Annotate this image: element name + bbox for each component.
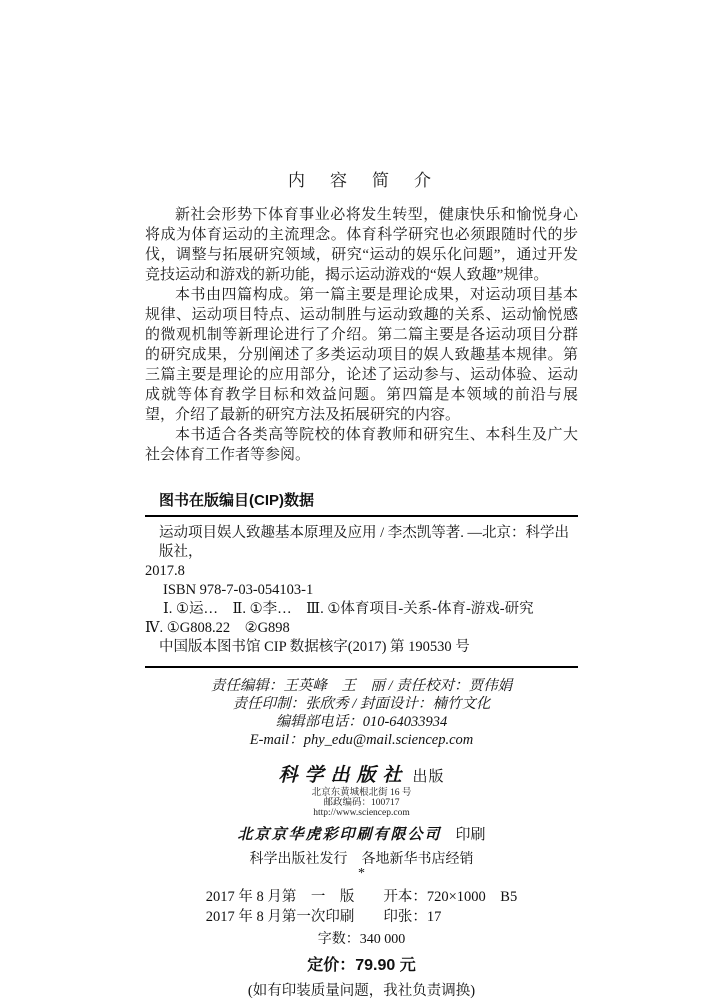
credits-phone-line: 编辑部电话：010-64033934 xyxy=(145,713,578,731)
edition-line: 2017 年 8 月第 一 版 开本：720×1000 B5 xyxy=(206,887,517,907)
publisher-section: 科学出版社 出版 北京东黄城根北街 16 号 邮政编码：100717 http:… xyxy=(145,765,578,880)
cip-title-line: 运动项目娱人致趣基本原理及应用 / 李杰凯等著. —北京：科学出版社， xyxy=(145,524,578,562)
credits-editor-line: 责任编辑：王英峰 王 丽 / 责任校对：贾伟娟 xyxy=(145,677,578,695)
intro-paragraph: 本书由四篇构成。第一篇主要是理论成果，对运动项目基本规律、运动项目特点、运动制胜… xyxy=(145,285,578,425)
printer-name: 北京京华虎彩印刷有限公司 xyxy=(237,827,441,843)
cip-year-line: 2017.8 xyxy=(145,562,578,581)
press-line: 科学出版社 出版 xyxy=(145,765,578,788)
press-address: 北京东黄城根北街 16 号 xyxy=(145,788,578,798)
intro-paragraph: 本书适合各类高等院校的体育教师和研究生、本科生及广大社会体育工作者等参阅。 xyxy=(145,425,578,465)
cip-body: 运动项目娱人致趣基本原理及应用 / 李杰凯等著. —北京：科学出版社， 2017… xyxy=(145,517,578,666)
quality-notice: (如有印装质量问题，我社负责调换) xyxy=(145,979,578,1000)
cip-section: 图书在版编目(CIP)数据 运动项目娱人致趣基本原理及应用 / 李杰凯等著. —… xyxy=(145,489,578,668)
press-role-label: 出版 xyxy=(413,769,445,785)
book-copyright-page: 内 容 简 介 新社会形势下体育事业必将发生转型，健康快乐和愉悦身心将成为体育运… xyxy=(0,0,720,1000)
cip-header: 图书在版编目(CIP)数据 xyxy=(145,489,578,515)
credits-section: 责任编辑：王英峰 王 丽 / 责任校对：贾伟娟 责任印制：张欣秀 / 封面设计：… xyxy=(145,677,578,749)
printer-role-label: 印刷 xyxy=(446,827,486,843)
edition-block: 2017 年 8 月第 一 版 开本：720×1000 B5 2017 年 8 … xyxy=(206,887,517,927)
credits-email-line: E-mail：phy_edu@mail.sciencep.com xyxy=(145,731,578,749)
printer-line: 北京京华虎彩印刷有限公司 印刷 xyxy=(145,825,578,845)
word-count: 字数：340 000 xyxy=(145,928,578,948)
cip-bottom-divider xyxy=(145,666,578,668)
press-postcode: 邮政编码：100717 xyxy=(145,798,578,808)
intro-paragraph: 新社会形势下体育事业必将发生转型，健康快乐和愉悦身心将成为体育运动的主流理念。体… xyxy=(145,205,578,285)
page-content-column: 内 容 简 介 新社会形势下体育事业必将发生转型，健康快乐和愉悦身心将成为体育运… xyxy=(145,0,578,1000)
intro-section: 新社会形势下体育事业必将发生转型，健康快乐和愉悦身心将成为体育运动的主流理念。体… xyxy=(145,205,578,465)
press-website: http://www.sciencep.com xyxy=(145,808,578,818)
cip-classification-line-1: Ⅰ. ①运… Ⅱ. ①李… Ⅲ. ①体育项目-关系-体育-游戏-研究 xyxy=(145,600,578,619)
cip-classification-line-2: Ⅳ. ①G808.22 ②G898 xyxy=(145,619,578,638)
cip-record-number: 中国版本图书馆 CIP 数据核字(2017) 第 190530 号 xyxy=(145,638,578,657)
separator-asterisk: * xyxy=(145,868,578,880)
price: 定价：79.90 元 xyxy=(145,952,578,975)
press-logo: 科学出版社 xyxy=(278,765,408,786)
page-title: 内 容 简 介 xyxy=(145,166,578,191)
distribution-line: 科学出版社发行 各地新华书店经销 xyxy=(145,848,578,868)
credits-printer-designer-line: 责任印制：张欣秀 / 封面设计：楠竹文化 xyxy=(145,695,578,713)
printing-line: 2017 年 8 月第一次印刷 印张：17 xyxy=(206,907,517,927)
print-info-section: 2017 年 8 月第 一 版 开本：720×1000 B5 2017 年 8 … xyxy=(145,887,578,1000)
cip-isbn-line: ISBN 978-7-03-054103-1 xyxy=(145,581,578,600)
